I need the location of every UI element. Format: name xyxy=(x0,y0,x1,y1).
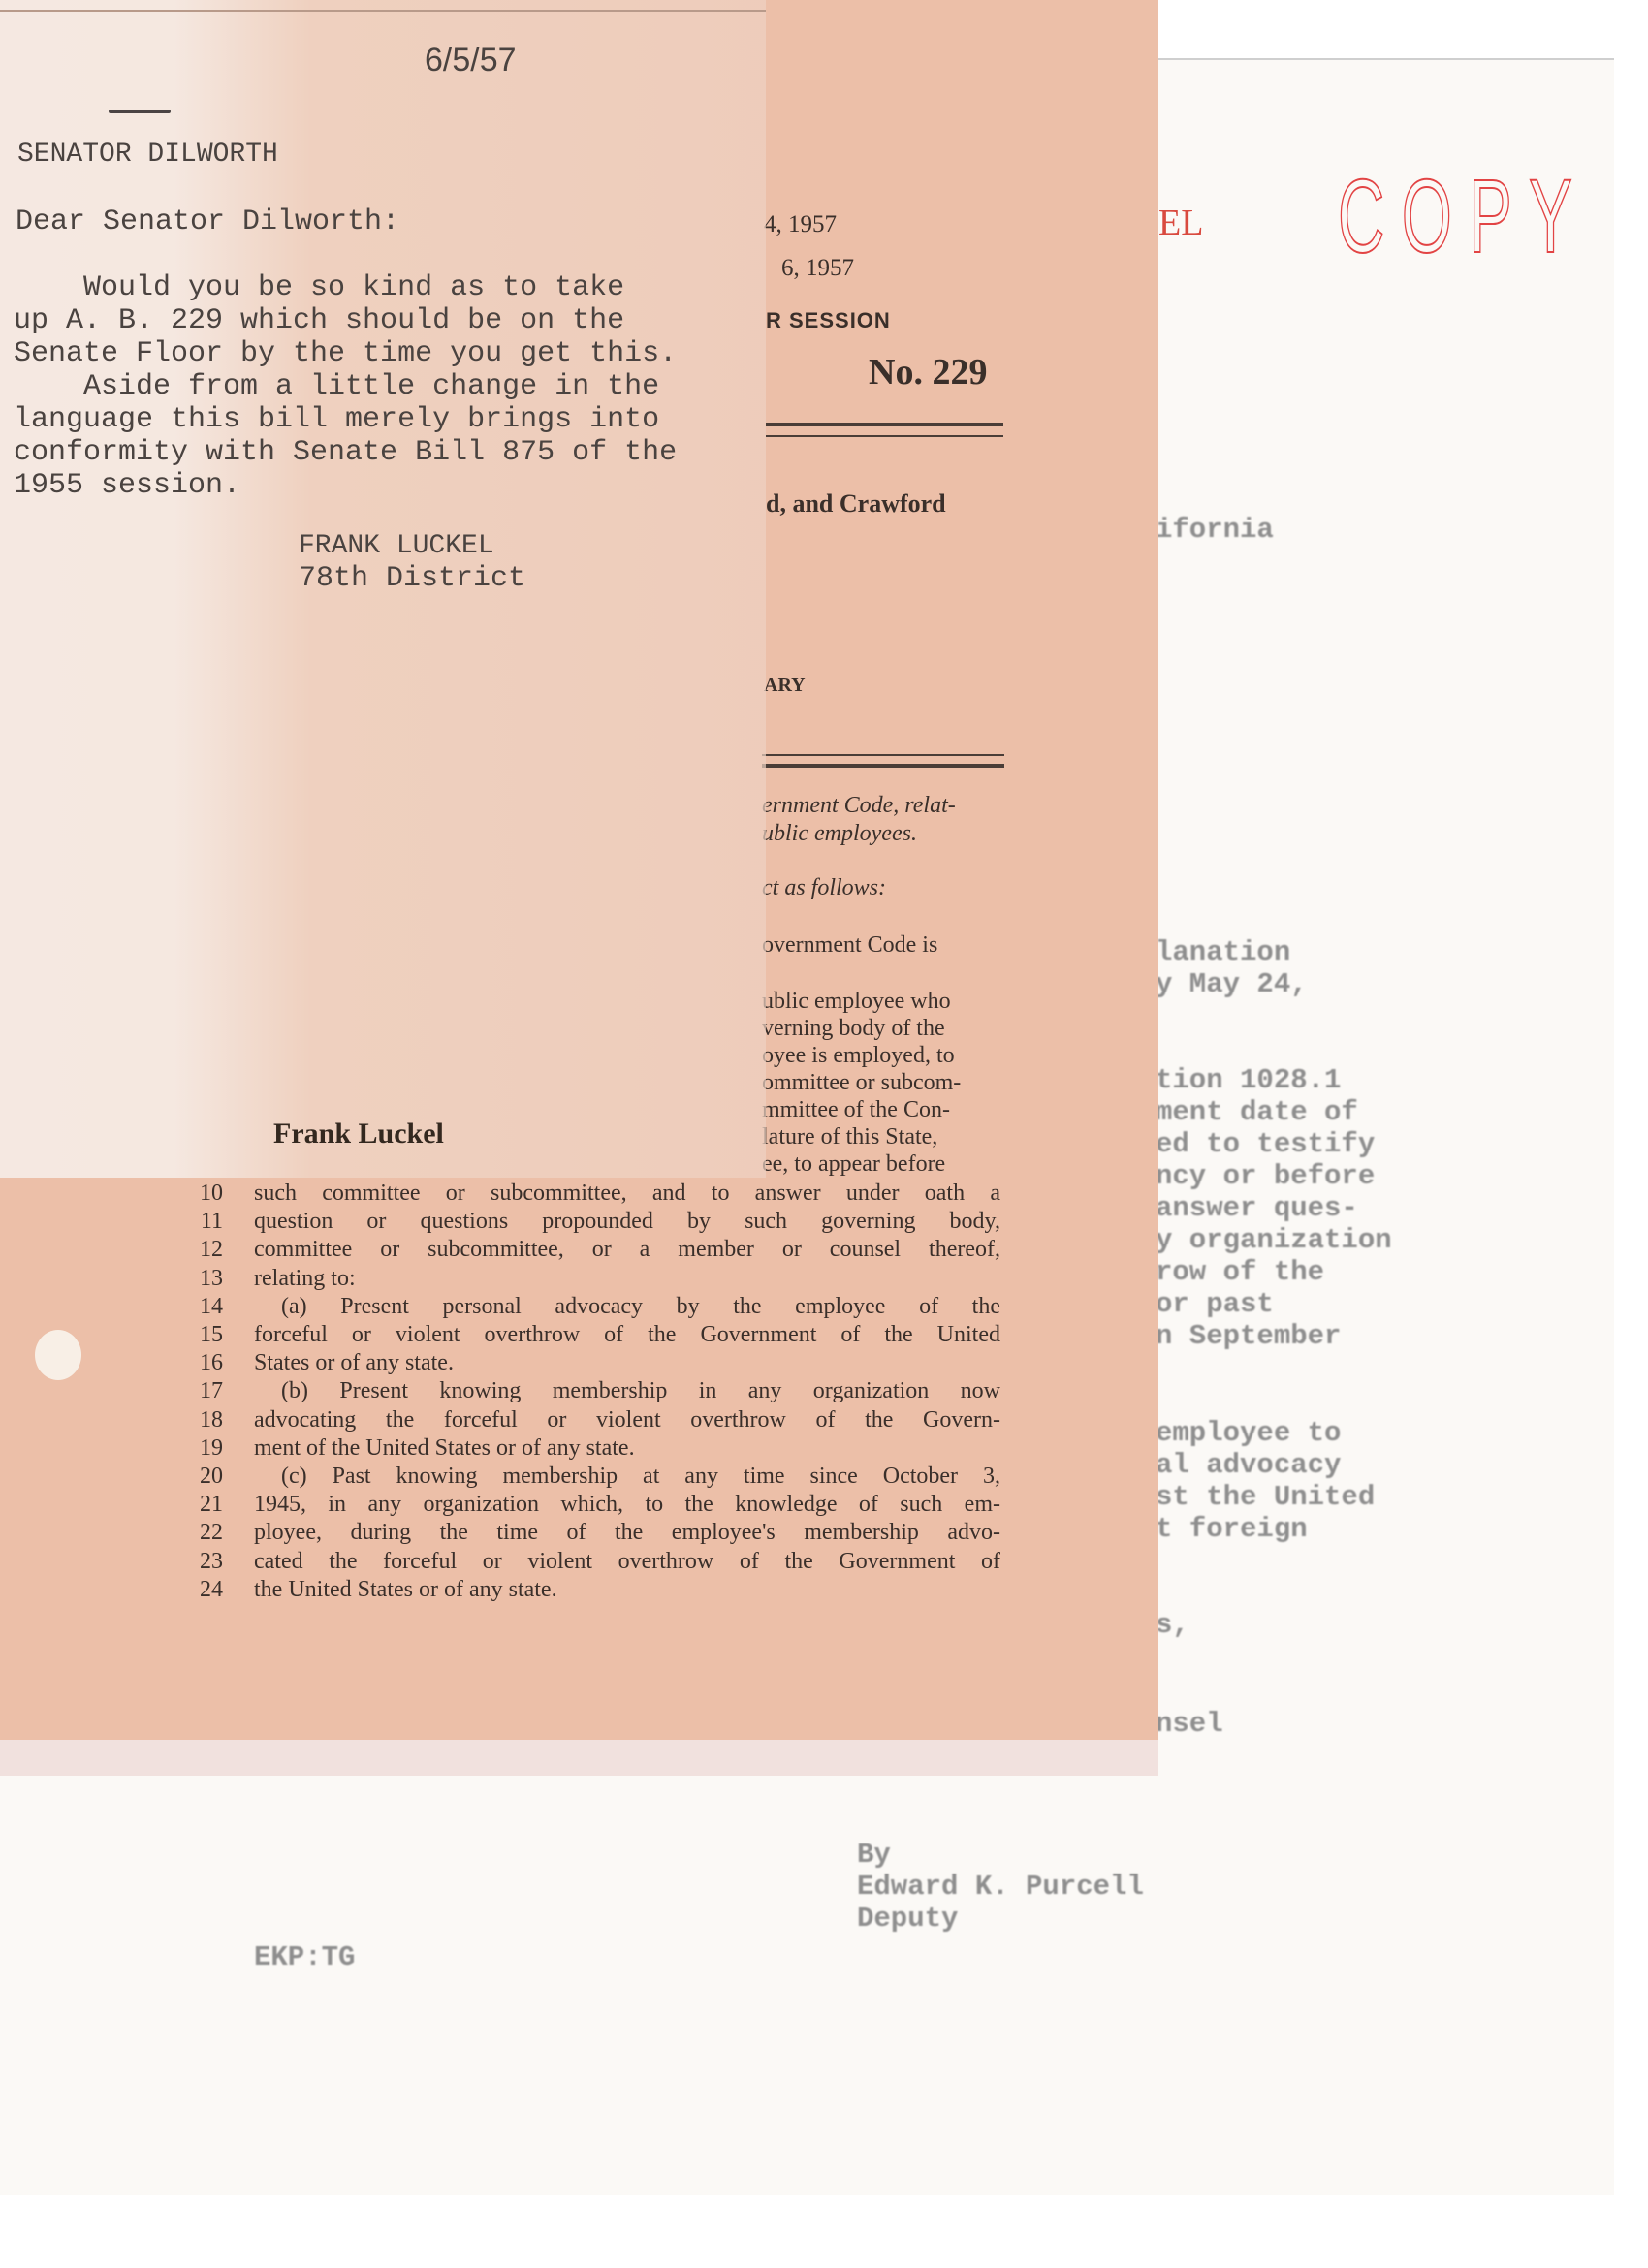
bill-line: such committee or subcommittee, and to a… xyxy=(254,1181,1000,1207)
rule xyxy=(762,754,1004,756)
bill-line: advocating the forceful or violent overt… xyxy=(254,1407,1000,1433)
memo-addressee: SENATOR DILWORTH xyxy=(17,139,278,172)
bill-line: relating to: xyxy=(254,1266,1000,1292)
bill-line: mmittee of the Con- xyxy=(762,1097,1004,1123)
line-number: 10 xyxy=(184,1181,223,1207)
letter-text-fragment: s, xyxy=(1156,1609,1189,1641)
line-number: 13 xyxy=(184,1266,223,1292)
bill-session: R SESSION xyxy=(766,308,891,333)
bill-authors: d, and Crawford xyxy=(766,489,946,519)
letter-text-fragment: al advocacy xyxy=(1156,1449,1341,1481)
letter-text-fragment: y organization xyxy=(1156,1224,1392,1256)
line-number: 14 xyxy=(184,1294,223,1320)
bill-section-header: overnment Code is xyxy=(762,932,937,959)
bill-bottom-strip xyxy=(0,1740,1158,1776)
letter-text-fragment: employee to xyxy=(1156,1417,1341,1449)
memo-body-line: conformity with Senate Bill 875 of the xyxy=(14,436,677,469)
rule xyxy=(766,423,1003,426)
bill-line: (c) Past knowing membership at any time … xyxy=(281,1464,1000,1490)
bill-line: (b) Present knowing membership in any or… xyxy=(281,1378,1000,1404)
bill-date-introduced: 4, 1957 xyxy=(764,211,837,238)
rule xyxy=(766,435,1003,437)
punch-hole xyxy=(35,1330,81,1380)
letter-text-fragment: lanation xyxy=(1156,936,1290,968)
line-number: 18 xyxy=(184,1407,223,1433)
line-number: 24 xyxy=(184,1577,223,1603)
rule xyxy=(762,764,1004,768)
bill-line: question or questions propounded by such… xyxy=(254,1209,1000,1235)
letter-text-fragment: ment date of xyxy=(1156,1096,1358,1128)
line-number: 16 xyxy=(184,1350,223,1376)
line-number: 17 xyxy=(184,1378,223,1404)
typist-initials: EKP:TG xyxy=(254,1941,355,1973)
bill-line: the United States or of any state. xyxy=(254,1577,1000,1603)
copy-stamp: COPY xyxy=(1338,155,1589,276)
memo-body-line: up A. B. 229 which should be on the xyxy=(14,304,624,337)
line-number: 22 xyxy=(184,1520,223,1546)
bill-line: ublic employee who xyxy=(762,989,1004,1015)
signature-title: Deputy xyxy=(857,1903,958,1935)
letter-text-fragment: row of the xyxy=(1156,1256,1324,1288)
line-number: 23 xyxy=(184,1549,223,1575)
bill-line: lature of this State, xyxy=(762,1124,1004,1150)
memo-dash xyxy=(109,110,171,113)
bill-line: forceful or violent overthrow of the Gov… xyxy=(254,1322,1000,1348)
letterhead-fragment: EL xyxy=(1158,202,1203,244)
line-number: 11 xyxy=(184,1209,223,1235)
bill-line: States or of any state. xyxy=(254,1350,1000,1376)
letter-text-fragment: answer ques- xyxy=(1156,1192,1358,1224)
bill-line: ment of the United States or of any stat… xyxy=(254,1435,1000,1462)
letter-text-fragment: nsel xyxy=(1156,1708,1223,1740)
memo-body-line: Aside from a little change in the xyxy=(14,370,659,403)
bill-line: oyee is employed, to xyxy=(762,1043,1004,1069)
bill-line: (a) Present personal advocacy by the emp… xyxy=(281,1294,1000,1320)
memo-body-line: Senate Floor by the time you get this. xyxy=(14,337,677,370)
bill-number: No. 229 xyxy=(869,351,987,394)
memo-body-line: 1955 session. xyxy=(14,469,240,502)
line-number: 20 xyxy=(184,1464,223,1490)
letter-text-fragment: n September xyxy=(1156,1320,1341,1352)
bill-title: ublic employees. xyxy=(762,821,917,847)
letter-text-fragment: or past xyxy=(1156,1288,1274,1320)
page-edge xyxy=(0,10,766,12)
bill-author-name: Frank Luckel xyxy=(273,1118,444,1150)
letter-text-fragment: ncy or before xyxy=(1156,1160,1375,1192)
letter-text-fragment: tion 1028.1 xyxy=(1156,1064,1341,1096)
bill-enacting-clause: ct as follows: xyxy=(762,875,886,901)
bill-line: ommittee or subcom- xyxy=(762,1070,1004,1096)
bill-title: ernment Code, relat- xyxy=(762,793,956,819)
bill-line: verning body of the xyxy=(762,1016,1004,1042)
bill-committee: ARY xyxy=(764,675,806,697)
letter-text-fragment: y May 24, xyxy=(1156,968,1308,1000)
letter-text-fragment: ed to testify xyxy=(1156,1128,1375,1160)
memo-signature-district: 78th District xyxy=(299,562,525,595)
memo-signature-name: FRANK LUCKEL xyxy=(299,530,494,563)
line-number: 19 xyxy=(184,1435,223,1462)
memo-body-line: language this bill merely brings into xyxy=(14,403,659,436)
memo-salutation: Dear Senator Dilworth: xyxy=(16,205,399,238)
bill-date-amended: 6, 1957 xyxy=(781,255,854,282)
letter-text-fragment: ifornia xyxy=(1156,514,1274,546)
letter-text-fragment: st the United xyxy=(1156,1481,1375,1513)
line-number: 21 xyxy=(184,1492,223,1518)
bill-line: committee or subcommittee, or a member o… xyxy=(254,1237,1000,1263)
bill-line: ployee, during the time of the employee'… xyxy=(254,1520,1000,1546)
signature-by: By xyxy=(857,1839,891,1871)
signature-name: Edward K. Purcell xyxy=(857,1871,1144,1903)
line-number: 15 xyxy=(184,1322,223,1348)
bill-line: ee, to appear before xyxy=(762,1151,1004,1178)
letter-text-fragment: t foreign xyxy=(1156,1513,1308,1545)
bill-line: cated the forceful or violent overthrow … xyxy=(254,1549,1000,1575)
memo-body-line: Would you be so kind as to take xyxy=(14,271,624,304)
bill-line: 1945, in any organization which, to the … xyxy=(254,1492,1000,1518)
line-number: 12 xyxy=(184,1237,223,1263)
memo-date: 6/5/57 xyxy=(425,44,517,77)
